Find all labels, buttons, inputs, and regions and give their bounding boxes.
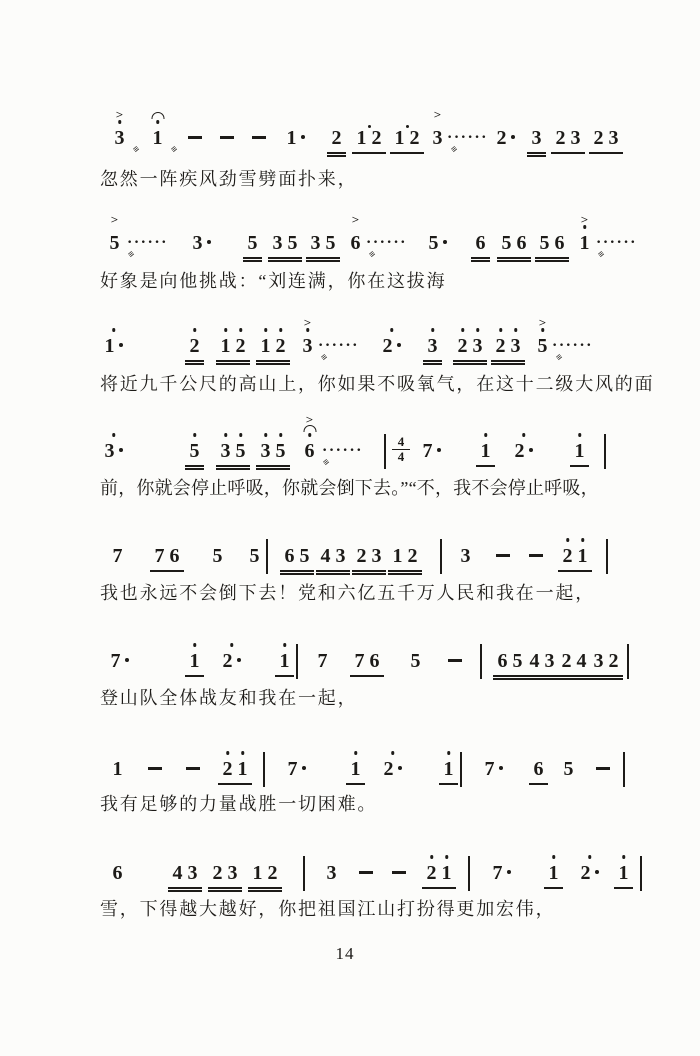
note-token: 43 [168,861,202,889]
note-digit: 5 [540,231,550,255]
note-group: 12 [352,126,386,154]
note-digit: 7 [493,861,511,885]
note-group: 35 [268,231,302,259]
note-group: 5 [424,231,451,255]
note-token: 2 [185,334,204,362]
note-digit: 2 [190,334,200,358]
note-group: 3 [322,861,341,885]
accent-mark: > [434,111,441,120]
note-group: 1 [439,757,458,785]
note-digit: 5 [250,544,260,568]
note-group: 7 [480,757,507,781]
note-group: 6 [529,757,548,785]
note-token: 5 [243,231,262,259]
note-token: 2 [576,861,603,885]
note-digit: 5 [110,231,120,255]
continuation-dots: ······ [127,231,168,255]
note-group: 7 [283,757,310,781]
fermata-mark [303,425,316,432]
note-digit: 1 [580,231,590,255]
note-group: 12 [248,861,282,889]
note-digit: 4 [321,544,331,568]
note-digit: 6 [170,544,180,568]
augmentation-dot [119,343,123,347]
octave-dot [283,643,287,647]
dash-note [220,136,234,139]
note-digit: 2 [458,334,468,358]
augmentation-dot [237,658,241,662]
note-digit: 6 [285,544,295,568]
note-digit: 6 [498,649,508,673]
note-digit: 3 [327,861,337,885]
note-digit: 2 [268,861,278,885]
augmentation-dot [397,343,401,347]
dash-note [496,554,510,557]
barline [296,644,298,679]
note-token: 65 [280,544,314,572]
note-digit: 4 [173,861,183,885]
note-group: 2 [218,649,245,673]
note-group: 65 [280,544,314,572]
note-digit: 5 [288,231,298,255]
system-4: 3535356>≡······447121前，你就会停止呼吸，你就会倒下去。”“… [0,439,700,539]
note-group: 5 [185,439,204,467]
note-token: 1 [544,861,563,889]
note-group: 5 [533,334,552,358]
note-group: 1 [282,126,309,150]
note-group: 12 [216,334,250,362]
octave-dot [193,643,197,647]
note-token: 3>≡ [110,126,129,150]
note-group: 2 [576,861,603,885]
note-digit: 1 [442,861,452,885]
note-token: 43 [316,544,350,572]
octave-dot [552,855,556,859]
augmentation-dot [398,766,402,770]
note-digit: 3 [461,544,471,568]
note-token: 2 [218,649,245,673]
note-token: 3 [423,334,442,362]
note-group: 3 [456,544,475,568]
note-digit: 5 [326,231,336,255]
note-digit: 3 [433,126,443,150]
note-group: 1 [476,439,495,467]
note-token: 7 [283,757,310,781]
note-group: 24 [557,649,591,677]
note-digit: 5 [236,439,246,463]
dash-note [596,767,610,770]
octave-dot [239,433,243,437]
note-token: 12 [352,126,386,154]
fermata-mark [151,112,164,119]
note-digit: 7 [288,757,306,781]
octave-dot [308,433,312,437]
barline [384,434,386,469]
continuation-dots: ······ [322,439,363,463]
note-group: 12 [256,334,290,362]
note-digit: 1 [351,757,361,781]
octave-dot [431,328,435,332]
note-group: 1 [185,649,204,677]
barline [460,752,462,787]
note-digit: 1 [578,544,588,568]
note-token: 23 [589,126,623,154]
note-digit: 7 [423,439,441,463]
note-digit: 1 [238,757,248,781]
note-group: 6 [471,231,490,259]
note-token: 5 [559,757,578,781]
octave-dot [484,433,488,437]
octave-dot [226,751,230,755]
note-token: 23 [551,126,585,154]
note-digit: 6 [534,757,544,781]
note-digit: 5 [513,649,523,673]
octave-dot [578,433,582,437]
octave-dot [588,855,592,859]
note-token: 1 [282,126,309,150]
note-digit: 3 [193,231,211,255]
note-token: 65 [493,649,527,677]
note-token: 1 [108,757,127,781]
note-token: 7 [108,544,127,568]
dash-note [359,871,373,874]
note-token: 6 [471,231,490,259]
note-digit: 7 [318,649,328,673]
note-digit: 2 [384,757,402,781]
note-group: 1 [100,334,127,358]
note-group: 3 [100,439,127,463]
note-token: 5 [406,649,425,673]
system-1: 3>≡1≡1212123>≡······232323忽然一阵疾风劲雪劈面扑来， [0,126,700,226]
octave-dot [112,433,116,437]
augmentation-dot [125,658,129,662]
note-digit: 3 [188,861,198,885]
octave-dot [447,751,451,755]
lyric-line: 前，你就会停止呼吸，你就会倒下去。”“不，我不会停止呼吸， [100,477,599,499]
note-digit: 3 [273,231,283,255]
augmentation-dot [302,766,306,770]
note-digit: 5 [429,231,447,255]
note-group: 2 [492,126,519,150]
accent-mark: > [539,319,546,328]
note-group: 1 [544,861,563,889]
continuation-dots: ······ [552,334,593,358]
note-token: 35 [268,231,302,259]
note-token: 23 [208,861,242,889]
note-group: 5 [559,757,578,781]
note-digit: 7 [113,544,123,568]
note-digit: 1 [393,544,403,568]
note-token: 7 [313,649,332,673]
note-token: 76 [150,544,184,572]
note-group: 3 [110,126,129,150]
note-token: 1 [476,439,495,467]
note-digit: 1 [221,334,231,358]
note-token: 76 [350,649,384,677]
note-group: 12 [388,544,422,572]
time-signature: 44 [392,435,410,464]
note-token: 23 [453,334,487,362]
note-digit: 3 [221,439,231,463]
note-token: 1 [100,334,127,358]
note-token: 3 [100,439,127,463]
dash-note [148,767,162,770]
note-token: 23 [491,334,525,362]
note-digit: 1 [395,126,405,150]
dash-note [188,136,202,139]
note-digit: 1 [153,126,163,150]
note-digit: 2 [383,334,401,358]
note-digit: 2 [332,126,342,150]
augmentation-dot [207,240,211,244]
octave-dot [230,643,234,647]
note-digit: 1 [444,757,454,781]
note-group: 21 [422,861,456,889]
note-token: 1≡ [148,126,167,150]
dash-note [448,659,462,662]
continuation-dots: ······ [318,334,359,358]
note-token: 32 [589,649,623,677]
note-token: 7 [418,439,445,463]
barline [623,752,625,787]
accent-mark: > [352,216,359,225]
note-digit: 7 [485,757,503,781]
note-token: 56 [497,231,531,259]
note-token: 1 [275,649,294,677]
note-digit: 5 [502,231,512,255]
tremolo-mark: ≡ [132,144,143,155]
note-token: 35 [306,231,340,259]
octave-dot [112,328,116,332]
note-digit: 1 [261,334,271,358]
note-token: 5 [185,439,204,467]
note-digit: 6 [370,649,380,673]
note-digit: 1 [357,126,367,150]
octave-dot [156,120,160,124]
note-digit: 6 [113,861,123,885]
note-digit: 6 [555,231,565,255]
dot-after-high [368,125,371,128]
octave-dot [241,751,245,755]
note-digit: 6 [305,439,315,463]
note-token: 2 [378,334,405,358]
note-token: 2 [379,757,406,781]
note-digit: 2 [236,334,246,358]
time-signature-denominator: 4 [392,450,410,464]
note-digit: 1 [575,439,585,463]
sheet-music-page: 3>≡1≡1212123>≡······232323忽然一阵疾风劲雪劈面扑来，5… [0,0,700,1056]
augmentation-dot [443,240,447,244]
octave-dot [224,433,228,437]
note-digit: 2 [223,757,233,781]
note-token: 24 [557,649,591,677]
octave-dot [264,328,268,332]
augmentation-dot [529,448,533,452]
dash-note [252,136,266,139]
note-digit: 3 [261,439,271,463]
note-digit: 2 [515,439,533,463]
note-digit: 7 [111,649,129,673]
note-digit: 2 [581,861,599,885]
note-group: 6 [346,231,365,255]
note-digit: 3 [372,544,382,568]
note-group: 2 [378,334,405,358]
lyric-line: 将近九千公尺的高山上，你如果不吸氧气，在这十二级大风的面 [100,373,654,395]
barline [266,539,268,574]
note-digit: 2 [223,649,241,673]
system-6: 7121776565432432登山队全体战友和我在一起， [0,649,700,749]
lyric-line: 我有足够的力量战胜一切困难。 [100,793,377,815]
note-group: 5 [105,231,124,255]
continuation-dots: ······ [447,126,488,150]
octave-dot [476,328,480,332]
note-digit: 3 [609,126,619,150]
octave-dot [566,538,570,542]
octave-dot [193,328,197,332]
note-token: 35 [256,439,290,467]
note-group: 1 [570,439,589,467]
note-group: 1 [346,757,365,785]
note-digit: 5 [538,334,548,358]
note-digit: 2 [408,544,418,568]
note-group: 56 [497,231,531,259]
note-digit: 5 [190,439,200,463]
barline [627,644,629,679]
note-token: 7 [480,757,507,781]
note-digit: 3 [594,649,604,673]
note-group: 3 [298,334,317,358]
note-digit: 2 [497,126,515,150]
note-group: 35 [256,439,290,467]
note-token: 12 [390,126,424,154]
note-group: 6 [108,861,127,885]
note-digit: 3 [473,334,483,358]
octave-dot [391,751,395,755]
augmentation-dot [507,870,511,874]
lyric-line: 好象是向他挑战：“刘连满，你在这拔海 [100,270,446,292]
note-digit: 4 [577,649,587,673]
accent-mark: > [116,111,123,120]
note-digit: 2 [372,126,382,150]
note-token: 7 [488,861,515,885]
system-3: 1212123>≡······2323235>≡······将近九千公尺的高山上… [0,334,700,434]
note-group: 6 [300,439,319,463]
barline [640,856,642,891]
octave-dot [239,328,243,332]
lyric-line: 雪，下得越大越好，你把祖国江山打扮得更加宏伟， [100,898,555,920]
note-group: 5 [208,544,227,568]
note-group: 35 [216,439,250,467]
note-digit: 1 [113,757,123,781]
note-digit: 2 [556,126,566,150]
barline [468,856,470,891]
note-group: 2 [185,334,204,362]
note-token: 5>≡ [533,334,552,358]
augmentation-dot [595,870,599,874]
note-digit: 3 [303,334,313,358]
note-group: 1 [108,757,127,781]
note-token: 21 [218,757,252,785]
octave-dot [430,855,434,859]
note-digit: 1 [287,126,305,150]
note-digit: 7 [155,544,165,568]
note-token: 2 [492,126,519,150]
note-token: 12 [388,544,422,572]
barline [606,539,608,574]
note-group: 56 [535,231,569,259]
note-digit: 4 [530,649,540,673]
system-5: 7765565432312321我也永远不会倒下去！党和六亿五千万人民和我在一起… [0,544,700,644]
note-digit: 1 [619,861,629,885]
note-token: 5>≡ [105,231,124,255]
note-group: 23 [208,861,242,889]
note-group: 65 [493,649,527,677]
barline [440,539,442,574]
note-digit: 7 [355,649,365,673]
note-token: 6 [108,861,127,885]
note-group: 43 [525,649,559,677]
system-7: 1217121765我有足够的力量战胜一切困难。 [0,757,700,857]
note-token: 35 [216,439,250,467]
dash-note [186,767,200,770]
note-group: 23 [352,544,386,572]
note-group: 2 [510,439,537,463]
note-token: 2 [510,439,537,463]
note-digit: 6 [351,231,361,255]
accent-mark: > [306,416,313,425]
system-2: 5>≡······3535356>≡······5656561>≡······好… [0,231,700,331]
barline [263,752,265,787]
note-digit: 3 [428,334,438,358]
note-digit: 1 [549,861,559,885]
note-digit: 1 [190,649,200,673]
note-token: 6>≡ [346,231,365,255]
note-digit: 5 [276,439,286,463]
note-digit: 3 [571,126,581,150]
note-group: 2 [327,126,346,154]
octave-dot [193,433,197,437]
accent-mark: > [111,216,118,225]
note-digit: 2 [357,544,367,568]
augmentation-dot [511,135,515,139]
note-token: 1 [614,861,633,889]
note-group: 1 [614,861,633,889]
lyric-line: 登山队全体战友和我在一起， [100,687,357,709]
note-group: 12 [390,126,424,154]
octave-dot [390,328,394,332]
tremolo-mark: ≡ [170,144,181,155]
note-digit: 1 [280,649,290,673]
note-group: 23 [589,126,623,154]
note-group: 1 [575,231,594,255]
note-digit: 3 [336,544,346,568]
note-digit: 1 [253,861,263,885]
note-digit: 5 [300,544,310,568]
note-token: 12 [248,861,282,889]
note-group: 76 [150,544,184,572]
note-digit: 5 [213,544,223,568]
octave-dot [279,433,283,437]
note-group: 21 [218,757,252,785]
octave-dot [514,328,518,332]
note-group: 7 [488,861,515,885]
barline [604,434,606,469]
dash-note [529,554,543,557]
note-digit: 2 [563,544,573,568]
note-digit: 5 [564,757,574,781]
note-token: 12 [216,334,250,362]
note-token: 5 [424,231,451,255]
